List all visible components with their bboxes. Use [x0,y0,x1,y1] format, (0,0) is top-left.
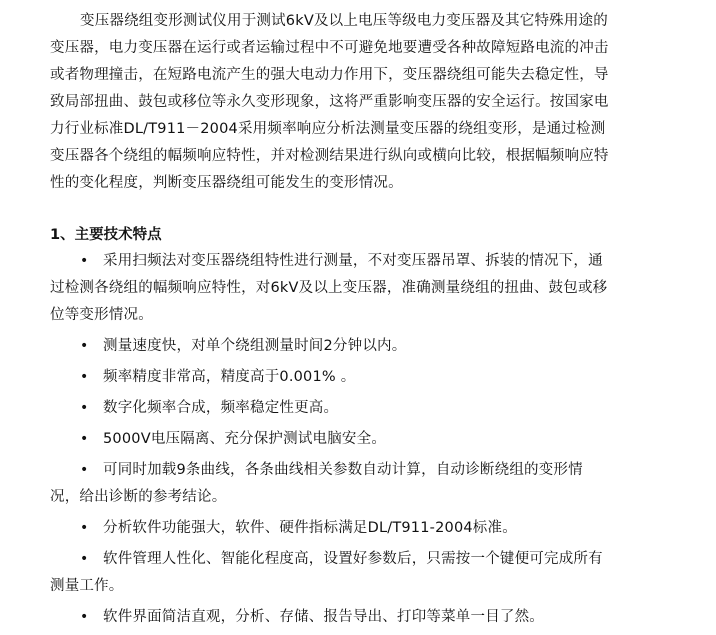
list-item: •软件界面简洁直观，分析、存储、报告导出、打印等菜单一目了然。 [50,604,610,609]
list-item-text: 测量速度快，对单个绕组测量时间2分钟以内。 [103,338,406,354]
list-item: •采用扫频法对变压器绕组特性进行测量，不对变压器吊罩、拆装的情况下，通过检测各绕… [50,248,610,329]
list-item-text: 可同时加载9条曲线，各条曲线相关参数自动计算，自动诊断绕组的变形情况，给出诊断的… [50,462,583,505]
bullet-icon: • [80,364,88,391]
bullet-icon: • [80,457,88,484]
list-item: •数字化频率合成，频率稳定性更高。 [50,395,610,422]
bullet-icon: • [80,546,88,573]
bullet-icon: • [80,395,88,422]
list-item-text: 数字化频率合成，频率稳定性更高。 [103,400,338,416]
list-item: •频率精度非常高，精度高于0.001% 。 [50,364,610,391]
list-item: •测量速度快，对单个绕组测量时间2分钟以内。 [50,333,610,360]
bullet-icon: • [80,248,88,275]
list-item: •5000V电压隔离、充分保护测试电脑安全。 [50,426,610,453]
bullet-icon: • [80,604,88,609]
list-item-text: 5000V电压隔离、充分保护测试电脑安全。 [103,431,386,447]
bullet-icon: • [80,333,88,360]
bullet-icon: • [80,515,88,542]
list-item-text: 频率精度非常高，精度高于0.001% 。 [103,369,355,385]
list-item-text: 软件管理人性化、智能化程度高，设置好参数后，只需按一个键便可完成所有测量工作。 [50,551,603,594]
list-item: •分析软件功能强大，软件、硬件指标满足DL/T911-2004标准。 [50,515,610,542]
document-body: 变压器绕组变形测试仪用于测试6kV及以上电压等级电力变压器及其它特殊用途的变压器… [50,8,610,197]
list-item: •软件管理人性化、智能化程度高，设置好参数后，只需按一个键便可完成所有测量工作。 [50,546,610,600]
feature-list: •采用扫频法对变压器绕组特性进行测量，不对变压器吊罩、拆装的情况下，通过检测各绕… [50,248,610,609]
list-item-text: 分析软件功能强大，软件、硬件指标满足DL/T911-2004标准。 [103,520,517,536]
intro-paragraph: 变压器绕组变形测试仪用于测试6kV及以上电压等级电力变压器及其它特殊用途的变压器… [50,8,610,197]
list-item: •可同时加载9条曲线，各条曲线相关参数自动计算，自动诊断绕组的变形情况，给出诊断… [50,457,610,511]
list-item-text: 采用扫频法对变压器绕组特性进行测量，不对变压器吊罩、拆装的情况下，通过检测各绕组… [50,253,607,323]
bullet-icon: • [80,426,88,453]
section-heading: 1、主要技术特点 [50,222,162,249]
